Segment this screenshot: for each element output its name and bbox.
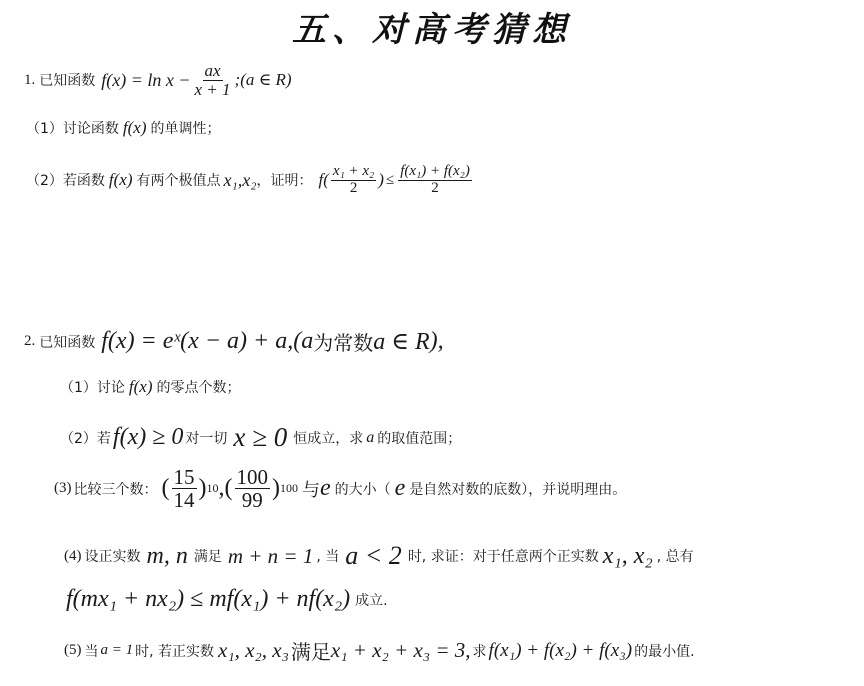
part-label: （1） — [26, 118, 63, 138]
part-math: m + n = 1 — [228, 544, 314, 569]
inequality-rhs-fraction: f(x₁) + f(x₂) 2 — [398, 164, 472, 197]
part-math: m, n — [147, 543, 188, 570]
problem-2-part-5: (5) 当 a = 1 时, 若正实数 x₁, x₂, x₃ 满足 x₁ + x… — [64, 636, 695, 665]
inequality-lhs-fraction: x₁ + x₂ 2 — [331, 164, 376, 197]
part-math: e — [320, 475, 331, 502]
part-text: 与 — [302, 476, 320, 502]
problem-2-part-4-line-2: f(mx₁ + nx₂) ≤ mf(x₁) + nf(x₂) 成立. — [66, 586, 388, 613]
part-text: 的最小值. — [634, 641, 694, 661]
part-math: e — [395, 475, 406, 502]
part-math: x ≥ 0 — [233, 422, 287, 453]
part-text: 的零点个数； — [157, 377, 241, 397]
problem-1-part-1: （1） 讨论函数 f(x) 的单调性； — [26, 118, 221, 138]
fraction-numerator: f(x₁) + f(x₂) — [398, 164, 472, 181]
part-text: 讨论函数 — [63, 118, 119, 138]
part-text: 的单调性； — [151, 118, 221, 138]
problem-2-condition-math: a ∈ R — [373, 327, 429, 356]
fraction-denominator: 2 — [348, 181, 360, 197]
problem-2-condition-text: 为常数 — [313, 327, 373, 356]
problem-2-number: 2. — [24, 333, 35, 350]
problem-2-intro: 已知函数 — [39, 332, 95, 352]
part-text: 满足 — [291, 636, 331, 665]
part-text: 时, 求证：对于任意两个正实数 — [408, 546, 599, 566]
fraction-numerator: 15 — [172, 466, 197, 489]
fraction-denominator: 14 — [172, 489, 197, 511]
part-math: f(x) — [109, 170, 133, 190]
part-text: , 当 — [316, 546, 339, 566]
part-text: , 总有 — [657, 546, 694, 566]
part-math: a = 1 — [101, 642, 134, 659]
part-math: x₁,x₂ — [224, 170, 257, 191]
part-math: f(mx₁ + nx₂) ≤ mf(x₁) + nf(x₂) — [66, 586, 350, 613]
part-text: 设正实数 — [85, 546, 141, 566]
part-label: (3) — [54, 480, 72, 497]
problem-1-condition: ;(a ∈ R) — [235, 70, 292, 90]
part-math: f(x) — [123, 118, 147, 138]
problem-2-function: f(x) = eˣ(x − a) + a, — [101, 328, 293, 355]
part-text: 有两个极值点 — [137, 170, 221, 190]
part-label: (5) — [64, 642, 82, 659]
problem-1-fraction: ax x + 1 — [193, 62, 233, 99]
problem-2-part-3: (3) 比较三个数： ( 15 14 )10 ,( 100 99 )100 与 … — [54, 466, 626, 511]
part-math: f(x₁) + f(x₂) + f(x₃) — [489, 640, 633, 662]
problem-2-part-1: （1） 讨论 f(x) 的零点个数； — [60, 377, 241, 397]
inequality-lhs-f: f( — [319, 170, 329, 190]
exponent: 100 — [280, 481, 298, 496]
part-label: （1） — [60, 377, 97, 397]
part-text: 满足 — [194, 546, 222, 566]
part-text: 若 — [97, 428, 111, 448]
problem-2-condition-open: (a — [293, 328, 313, 355]
exponent: 10 — [207, 481, 219, 496]
problem-2-part-2: （2） 若 f(x) ≥ 0 对一切 x ≥ 0 恒成立，求 a 的取值范围； — [60, 422, 461, 453]
part-math: x₁, x₂, x₃ — [218, 638, 289, 663]
part-text: 的取值范围； — [377, 428, 461, 448]
inequality-operator: ≤ — [386, 172, 394, 189]
part-math: f(x) ≥ 0 — [113, 424, 183, 451]
problem-1-function: f(x) = ln x − — [101, 70, 190, 91]
part-text: 求 — [473, 641, 487, 661]
part-math: x₁ + x₂ + x₃ = 3, — [331, 638, 471, 663]
fraction-denominator: x + 1 — [193, 81, 233, 99]
part-text: 讨论 — [97, 377, 125, 397]
fraction-numerator: x₁ + x₂ — [331, 164, 376, 181]
problem-2-condition-close: ), — [430, 328, 444, 355]
fraction-numerator: 100 — [235, 466, 271, 489]
part-text: 成立. — [355, 590, 387, 610]
problem-1-intro: 已知函数 — [39, 70, 95, 90]
problem-2-part-4: (4) 设正实数 m, n 满足 m + n = 1 , 当 a < 2 时, … — [64, 541, 694, 571]
part-text: ，证明： — [257, 170, 313, 190]
part-text: 对一切 — [185, 428, 227, 448]
part-text: 时, 若正实数 — [135, 641, 214, 661]
part-text: 比较三个数： — [74, 479, 158, 499]
problem-1-statement: 1. 已知函数 f(x) = ln x − ax x + 1 ;(a ∈ R) — [24, 62, 292, 99]
part-math: a < 2 — [345, 541, 402, 571]
part-label: （2） — [26, 170, 63, 190]
part-text: 是自然对数的底数），并说明理由。 — [409, 479, 626, 499]
fraction-denominator: 2 — [429, 181, 441, 197]
part-label: (4) — [64, 548, 82, 565]
fraction-15-14: 15 14 — [172, 466, 197, 511]
fraction-100-99: 100 99 — [235, 466, 271, 511]
problem-1-number: 1. — [24, 72, 35, 89]
section-title: 五、对高考猜想 — [0, 2, 864, 51]
part-math: a — [366, 429, 374, 447]
inequality-lhs-close: ) — [378, 170, 384, 190]
part-label: （2） — [60, 428, 97, 448]
part-math: f(x) — [129, 377, 153, 397]
problem-1-part-2: （2） 若函数 f(x) 有两个极值点 x₁,x₂ ，证明： f( x₁ + x… — [26, 164, 474, 197]
part-text: 的大小（ — [335, 479, 391, 499]
part-text: 若函数 — [63, 170, 105, 190]
part-math: x₁, x₂ — [603, 543, 653, 570]
fraction-denominator: 99 — [240, 489, 265, 511]
part-text: 恒成立，求 — [293, 428, 363, 448]
problem-2-statement: 2. 已知函数 f(x) = eˣ(x − a) + a, (a 为常数 a ∈… — [24, 327, 444, 356]
part-text: 当 — [85, 641, 99, 661]
fraction-numerator: ax — [203, 62, 223, 81]
